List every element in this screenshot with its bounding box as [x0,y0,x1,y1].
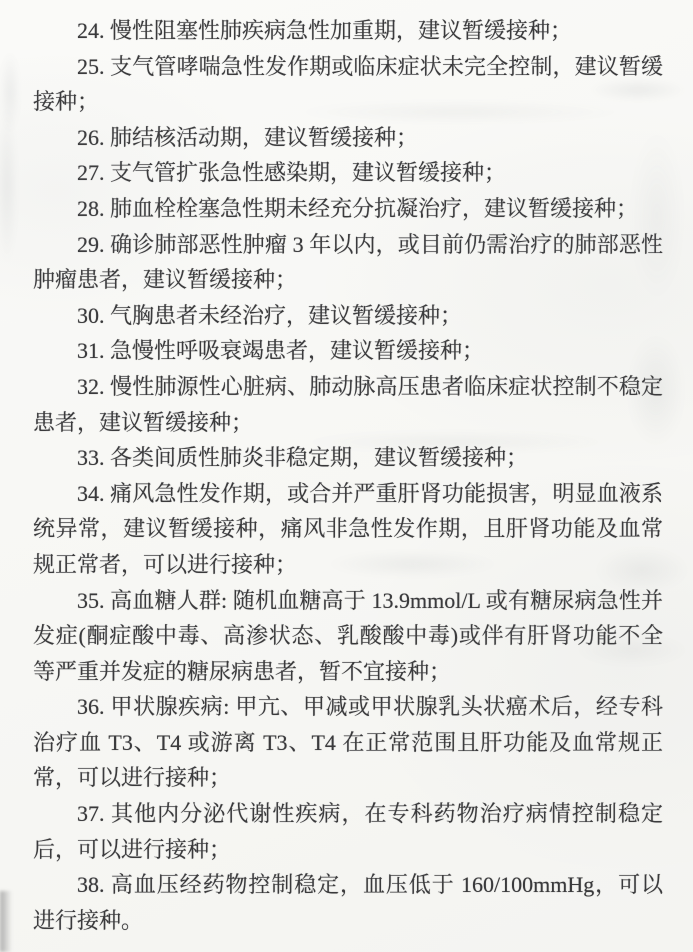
scan-edge-smudge [0,891,12,952]
bleedthrough-mark [0,50,20,135]
bleedthrough-mark [0,103,18,268]
list-item-30: 30. 气胸患者未经治疗，建议暂缓接种； [33,298,663,334]
list-item-29: 29. 确诊肺部恶性肿瘤 3 年以内，或目前仍需治疗的肺部恶性肿瘤患者，建议暂缓… [33,227,663,298]
list-item-38: 38. 高血压经药物控制稳定，血压低于 160/100mmHg，可以进行接种。 [33,867,663,938]
document-body: 24. 慢性阻塞性肺疾病急性加重期，建议暂缓接种； 25. 支气管哮喘急性发作期… [33,13,663,938]
list-item-34: 34. 痛风急性发作期，或合并严重肝肾功能损害，明显血液系统异常，建议暂缓接种，… [33,476,663,583]
list-item-36: 36. 甲状腺疾病: 甲亢、甲减或甲状腺乳头状癌术后，经专科治疗血 T3、T4 … [33,689,663,796]
list-item-27: 27. 支气管扩张急性感染期，建议暂缓接种； [33,155,663,191]
list-item-33: 33. 各类间质性肺炎非稳定期，建议暂缓接种； [33,440,663,476]
list-item-35: 35. 高血糖人群: 随机血糖高于 13.9mmol/L 或有糖尿病急性并发症(… [33,583,663,690]
list-item-31: 31. 急慢性呼吸衰竭患者，建议暂缓接种； [33,333,663,369]
list-item-26: 26. 肺结核活动期，建议暂缓接种； [33,120,663,156]
list-item-32: 32. 慢性肺源性心脏病、肺动脉高压患者临床症状控制不稳定患者，建议暂缓接种； [33,369,663,440]
list-item-28: 28. 肺血栓栓塞急性期未经充分抗凝治疗，建议暂缓接种； [33,191,663,227]
list-item-25: 25. 支气管哮喘急性发作期或临床症状未完全控制，建议暂缓接种； [33,49,663,120]
list-item-37: 37. 其他内分泌代谢性疾病，在专科药物治疗病情控制稳定后，可以进行接种； [33,796,663,867]
scanned-page: 24. 慢性阻塞性肺疾病急性加重期，建议暂缓接种； 25. 支气管哮喘急性发作期… [0,0,693,952]
list-item-24: 24. 慢性阻塞性肺疾病急性加重期，建议暂缓接种； [33,13,663,49]
